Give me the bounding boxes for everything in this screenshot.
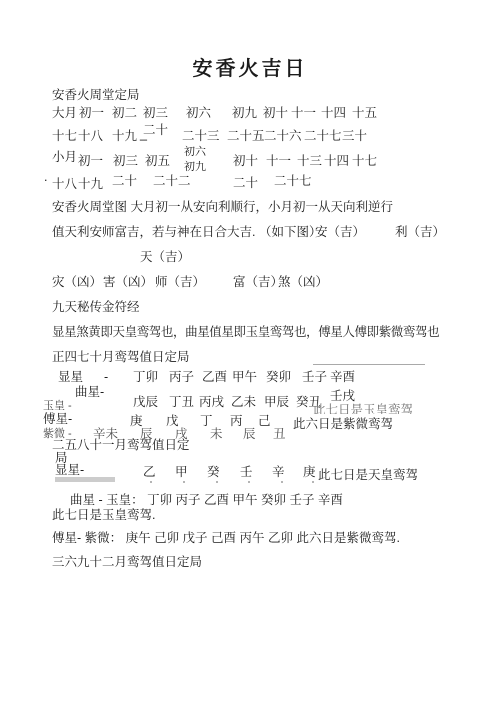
day-token: 十七 [52, 129, 77, 143]
day-token: 二十二 [153, 174, 191, 188]
day-token: 二十五 [227, 129, 265, 143]
dot-artifact [248, 481, 250, 483]
section-heading: 九天秘传金符经 [52, 300, 140, 314]
note-line: 安香火周堂图 大月初一从安向利顺行，小月初一从天向利逆行 [52, 200, 393, 214]
day-token: 乙 [143, 465, 156, 479]
luck-token: 煞（凶） [278, 275, 328, 289]
underscore-mark: _ [140, 127, 147, 141]
luck-token: 利（吉） [395, 225, 445, 239]
day-token: 十九 [112, 129, 137, 143]
divider-line [313, 364, 425, 365]
star-label: 傅星- [43, 412, 72, 426]
day-token: 戊辰 [133, 395, 158, 409]
day-token: 初六 [186, 106, 211, 120]
day-token: 初一 [79, 106, 104, 120]
day-token: 二十七 [274, 174, 312, 188]
star-line: 傅星- 紫微： 庚午 己卯 戊子 己酉 丙午 乙卯 此六日是紫微鸾驾. [52, 531, 400, 545]
star-note: 此七日是天皇鸾驾 [318, 468, 418, 482]
luck-token: 富（吉） [233, 275, 283, 289]
day-token: 初九 [232, 106, 257, 120]
day-token: 二十 [112, 174, 137, 188]
day-token: 十三 [297, 154, 322, 168]
day-token: 丁丑 [169, 395, 194, 409]
day-token: 未 [210, 427, 223, 441]
day-token: 十一 [266, 154, 291, 168]
day-token: 辛酉 [330, 370, 355, 384]
section-heading: 安香火周堂定局 [52, 88, 140, 102]
day-token: 初十 [233, 154, 258, 168]
day-token: 初九 [184, 161, 206, 174]
day-token: 乙未 [231, 395, 256, 409]
month-label: 大月 [52, 106, 77, 120]
document-page: 安香火吉日 安香火周堂定局 大月 初一 初二 初三 初六 初九 初十 十一 十四… [0, 0, 500, 708]
dot-mark: . [44, 170, 47, 184]
day-token: 癸 [207, 465, 220, 479]
star-note: 此七日是玉皇鸾驾 [313, 403, 413, 414]
day-token: 壬子 [302, 370, 327, 384]
day-token: 三十 [342, 129, 367, 143]
day-token: 十八 [52, 177, 77, 191]
dot-artifact [183, 481, 185, 483]
day-token: 辛 [272, 465, 285, 479]
day-token: 初一 [78, 154, 103, 168]
dot-artifact [216, 481, 218, 483]
day-token: 丙戌 [199, 395, 224, 409]
day-token: 初五 [145, 154, 170, 168]
star-label: 曲星- [75, 385, 104, 399]
star-note: 此七日是玉皇鸾驾. [52, 508, 155, 522]
day-token: 庚 [303, 465, 316, 479]
day-token: 初三 [143, 106, 168, 120]
dot-artifact [281, 481, 283, 483]
luck-token: 师（吉） [155, 275, 205, 289]
day-token: 甲辰 [264, 395, 289, 409]
dot-artifact [312, 481, 314, 483]
day-token: 壬 [240, 465, 253, 479]
month-label: 小月 [52, 150, 77, 164]
day-token: 丑 [273, 427, 286, 441]
day-token: 十四 [321, 106, 346, 120]
day-token: 十七 [352, 154, 377, 168]
day-token: 十八 [78, 129, 103, 143]
section-heading: 三六九十二月鸾驾值日定局 [52, 555, 202, 569]
star-label: 玉皇 - [43, 400, 72, 413]
day-token: 十九 [78, 177, 103, 191]
day-token: 甲 [175, 465, 188, 479]
day-token: 初十 [263, 106, 288, 120]
star-label: 显星 [58, 370, 83, 384]
day-token: 十四 [324, 154, 349, 168]
day-token: 初二 [112, 106, 137, 120]
day-token: 乙酉 [202, 370, 227, 384]
luck-token: 害（凶） [103, 275, 153, 289]
day-token: 丁卯 [133, 370, 158, 384]
star-label: 显星- [55, 463, 84, 477]
day-token: 丙子 [169, 370, 194, 384]
smudge-mark [55, 477, 115, 482]
day-token: 己 [258, 414, 271, 428]
day-token: 初六 [184, 146, 206, 159]
section-heading: 二五八十一月鸾驾值日定 [52, 438, 190, 452]
section-heading: 正四七十月鸾驾值日定局 [52, 350, 190, 364]
day-token: 二十 [233, 176, 258, 190]
luck-token: 灾（凶） [52, 275, 102, 289]
star-line: 曲星 - 玉皇： 丁卯 丙子 乙酉 甲午 癸卯 壬子 辛酉 [70, 493, 343, 507]
day-token: 二十七 [304, 129, 342, 143]
note-line: 值天利安师富吉，若与神在日合大吉. （如下图） [52, 225, 321, 239]
day-token: 癸卯 [266, 370, 291, 384]
star-note: 此六日是紫微鸾驾 [293, 417, 393, 431]
day-token: 甲午 [232, 370, 257, 384]
day-token: 壬戌 [330, 389, 355, 403]
day-token: 初三 [113, 154, 138, 168]
day-token: 二十三 [182, 129, 220, 143]
day-token: 十一 [291, 106, 316, 120]
dot-artifact [150, 481, 152, 483]
luck-token: 天（吉） [140, 250, 190, 264]
dash-mark: - [104, 370, 108, 384]
day-token: 二十六 [264, 129, 302, 143]
day-token: 辰 [243, 427, 256, 441]
day-token: 十五 [352, 106, 377, 120]
day-token: 丙 [230, 414, 243, 428]
note-line: 显星煞黄即天皇鸾驾也，曲星值星即玉皇鸾驾也，傅星人傅即紫微鸾驾也 [52, 325, 439, 339]
page-title: 安香火吉日 [0, 52, 500, 81]
luck-token: 安（吉） [315, 225, 365, 239]
